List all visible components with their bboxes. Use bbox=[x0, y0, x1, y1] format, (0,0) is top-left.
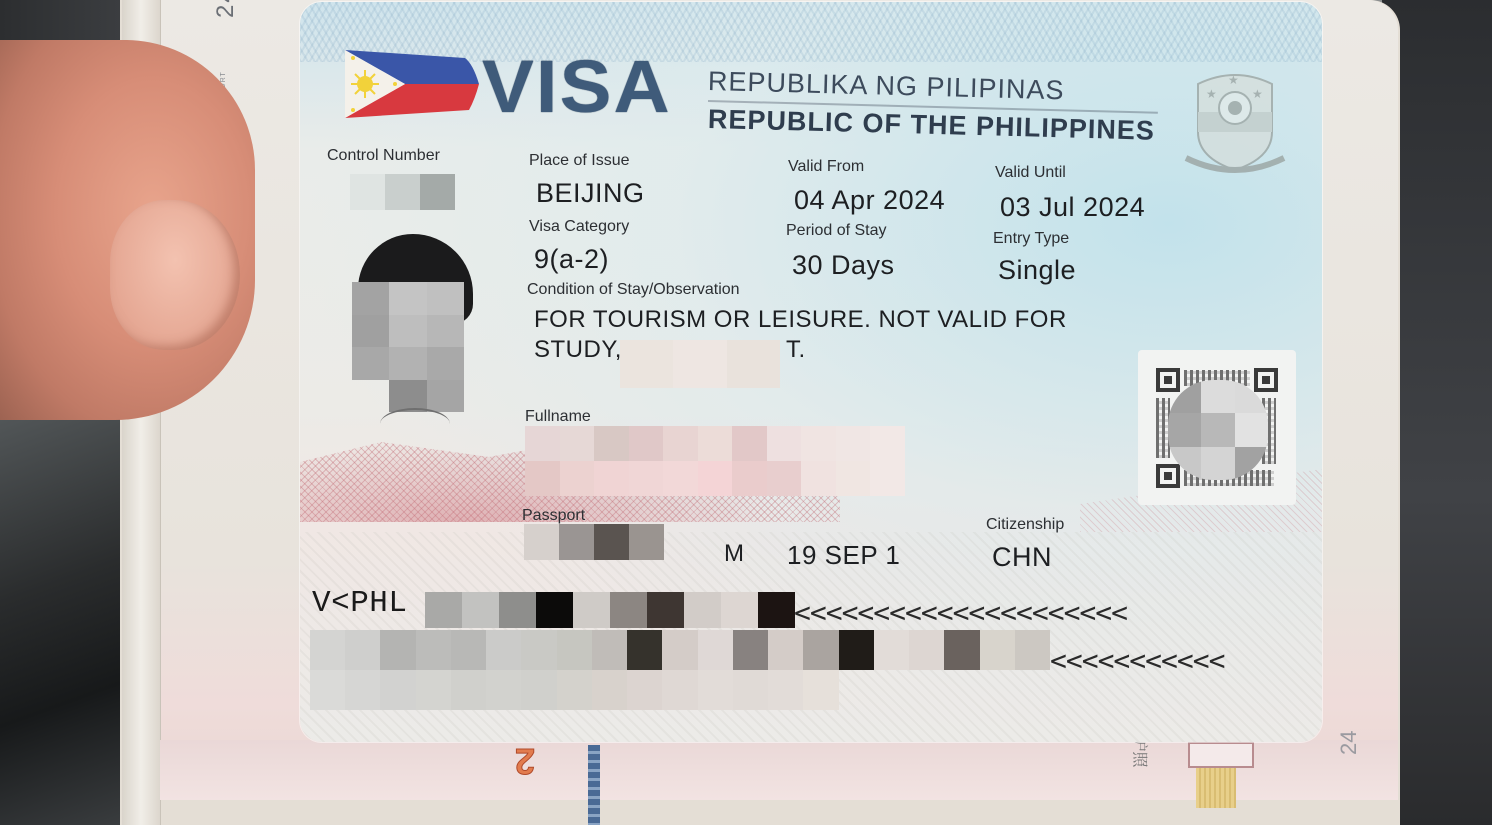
condition-line-2: STUDY, bbox=[534, 336, 622, 364]
qr-redacted bbox=[1168, 380, 1268, 480]
svg-text:★: ★ bbox=[1206, 87, 1217, 101]
visa-category-label: Visa Category bbox=[529, 218, 629, 236]
visa-category-value: 9(a-2) bbox=[534, 244, 609, 275]
mrz-line-1-redacted bbox=[425, 592, 795, 628]
chip-window bbox=[1188, 742, 1254, 768]
svg-text:★: ★ bbox=[1252, 87, 1263, 101]
condition-label: Condition of Stay/Observation bbox=[527, 281, 740, 299]
place-of-issue-value: BEIJING bbox=[536, 178, 645, 209]
qr-finder-top-left bbox=[1156, 368, 1180, 392]
passport-no-label: Passport bbox=[522, 507, 585, 525]
control-number-redacted bbox=[350, 174, 455, 210]
visa-sticker: VISA REPUBLIKA NG PILIPINAS REPUBLIC OF … bbox=[300, 2, 1322, 742]
mrz-line-1-prefix: V<PHL bbox=[312, 586, 408, 621]
fullname-label: Fullname bbox=[525, 408, 591, 426]
chip-antenna bbox=[1196, 768, 1236, 808]
qr-finder-bottom-left bbox=[1156, 464, 1180, 488]
mrz-line-2-redacted bbox=[310, 630, 1050, 710]
control-number-label: Control Number bbox=[327, 147, 440, 165]
page-number-left: 24 bbox=[212, 0, 240, 18]
valid-from-value: 04 Apr 2024 bbox=[794, 185, 945, 216]
background-left bbox=[0, 380, 140, 825]
philippine-flag-icon bbox=[345, 44, 480, 122]
mrz-line-1-filler: <<<<<<<<<<<<<<<<<<<<< bbox=[794, 596, 1127, 629]
gender-value: M bbox=[724, 540, 745, 568]
period-of-stay-value: 30 Days bbox=[792, 250, 895, 281]
period-of-stay-label: Period of Stay bbox=[786, 222, 887, 240]
valid-from-label: Valid From bbox=[788, 158, 864, 176]
visa-title: VISA bbox=[482, 50, 672, 124]
mrz-line-2-filler: <<<<<<<<<<< bbox=[1050, 644, 1224, 677]
condition-line-2-tail: T. bbox=[786, 336, 806, 364]
condition-redacted bbox=[620, 340, 780, 388]
date-of-birth-value: 19 SEP 1 bbox=[787, 540, 900, 571]
citizenship-label: Citizenship bbox=[986, 516, 1064, 534]
security-strip bbox=[588, 745, 600, 825]
bottom-page-digit: 2 bbox=[515, 740, 535, 782]
svg-text:★: ★ bbox=[1228, 73, 1239, 87]
qr-finder-top-right bbox=[1254, 368, 1278, 392]
valid-until-value: 03 Jul 2024 bbox=[1000, 192, 1145, 223]
country-native: REPUBLIKA NG PILIPINAS bbox=[708, 66, 1065, 106]
photo-collar bbox=[380, 408, 450, 440]
fullname-redacted bbox=[525, 426, 905, 496]
page-number-right: 24 bbox=[1336, 731, 1362, 755]
place-of-issue-label: Place of Issue bbox=[529, 152, 630, 170]
entry-type-label: Entry Type bbox=[993, 230, 1069, 248]
thumbnail bbox=[110, 200, 240, 350]
condition-line-1: FOR TOURISM OR LEISURE. NOT VALID FOR bbox=[534, 306, 1067, 334]
holder-photo bbox=[350, 230, 480, 445]
hand-thumb bbox=[0, 40, 255, 420]
citizenship-value: CHN bbox=[992, 542, 1052, 573]
valid-until-label: Valid Until bbox=[995, 164, 1066, 182]
face-redacted bbox=[352, 282, 464, 412]
qr-code-icon bbox=[1138, 350, 1296, 505]
philippine-coat-of-arms-icon: ★ ★ ★ bbox=[1180, 62, 1290, 182]
passport-no-redacted bbox=[524, 524, 664, 560]
entry-type-value: Single bbox=[998, 255, 1076, 286]
